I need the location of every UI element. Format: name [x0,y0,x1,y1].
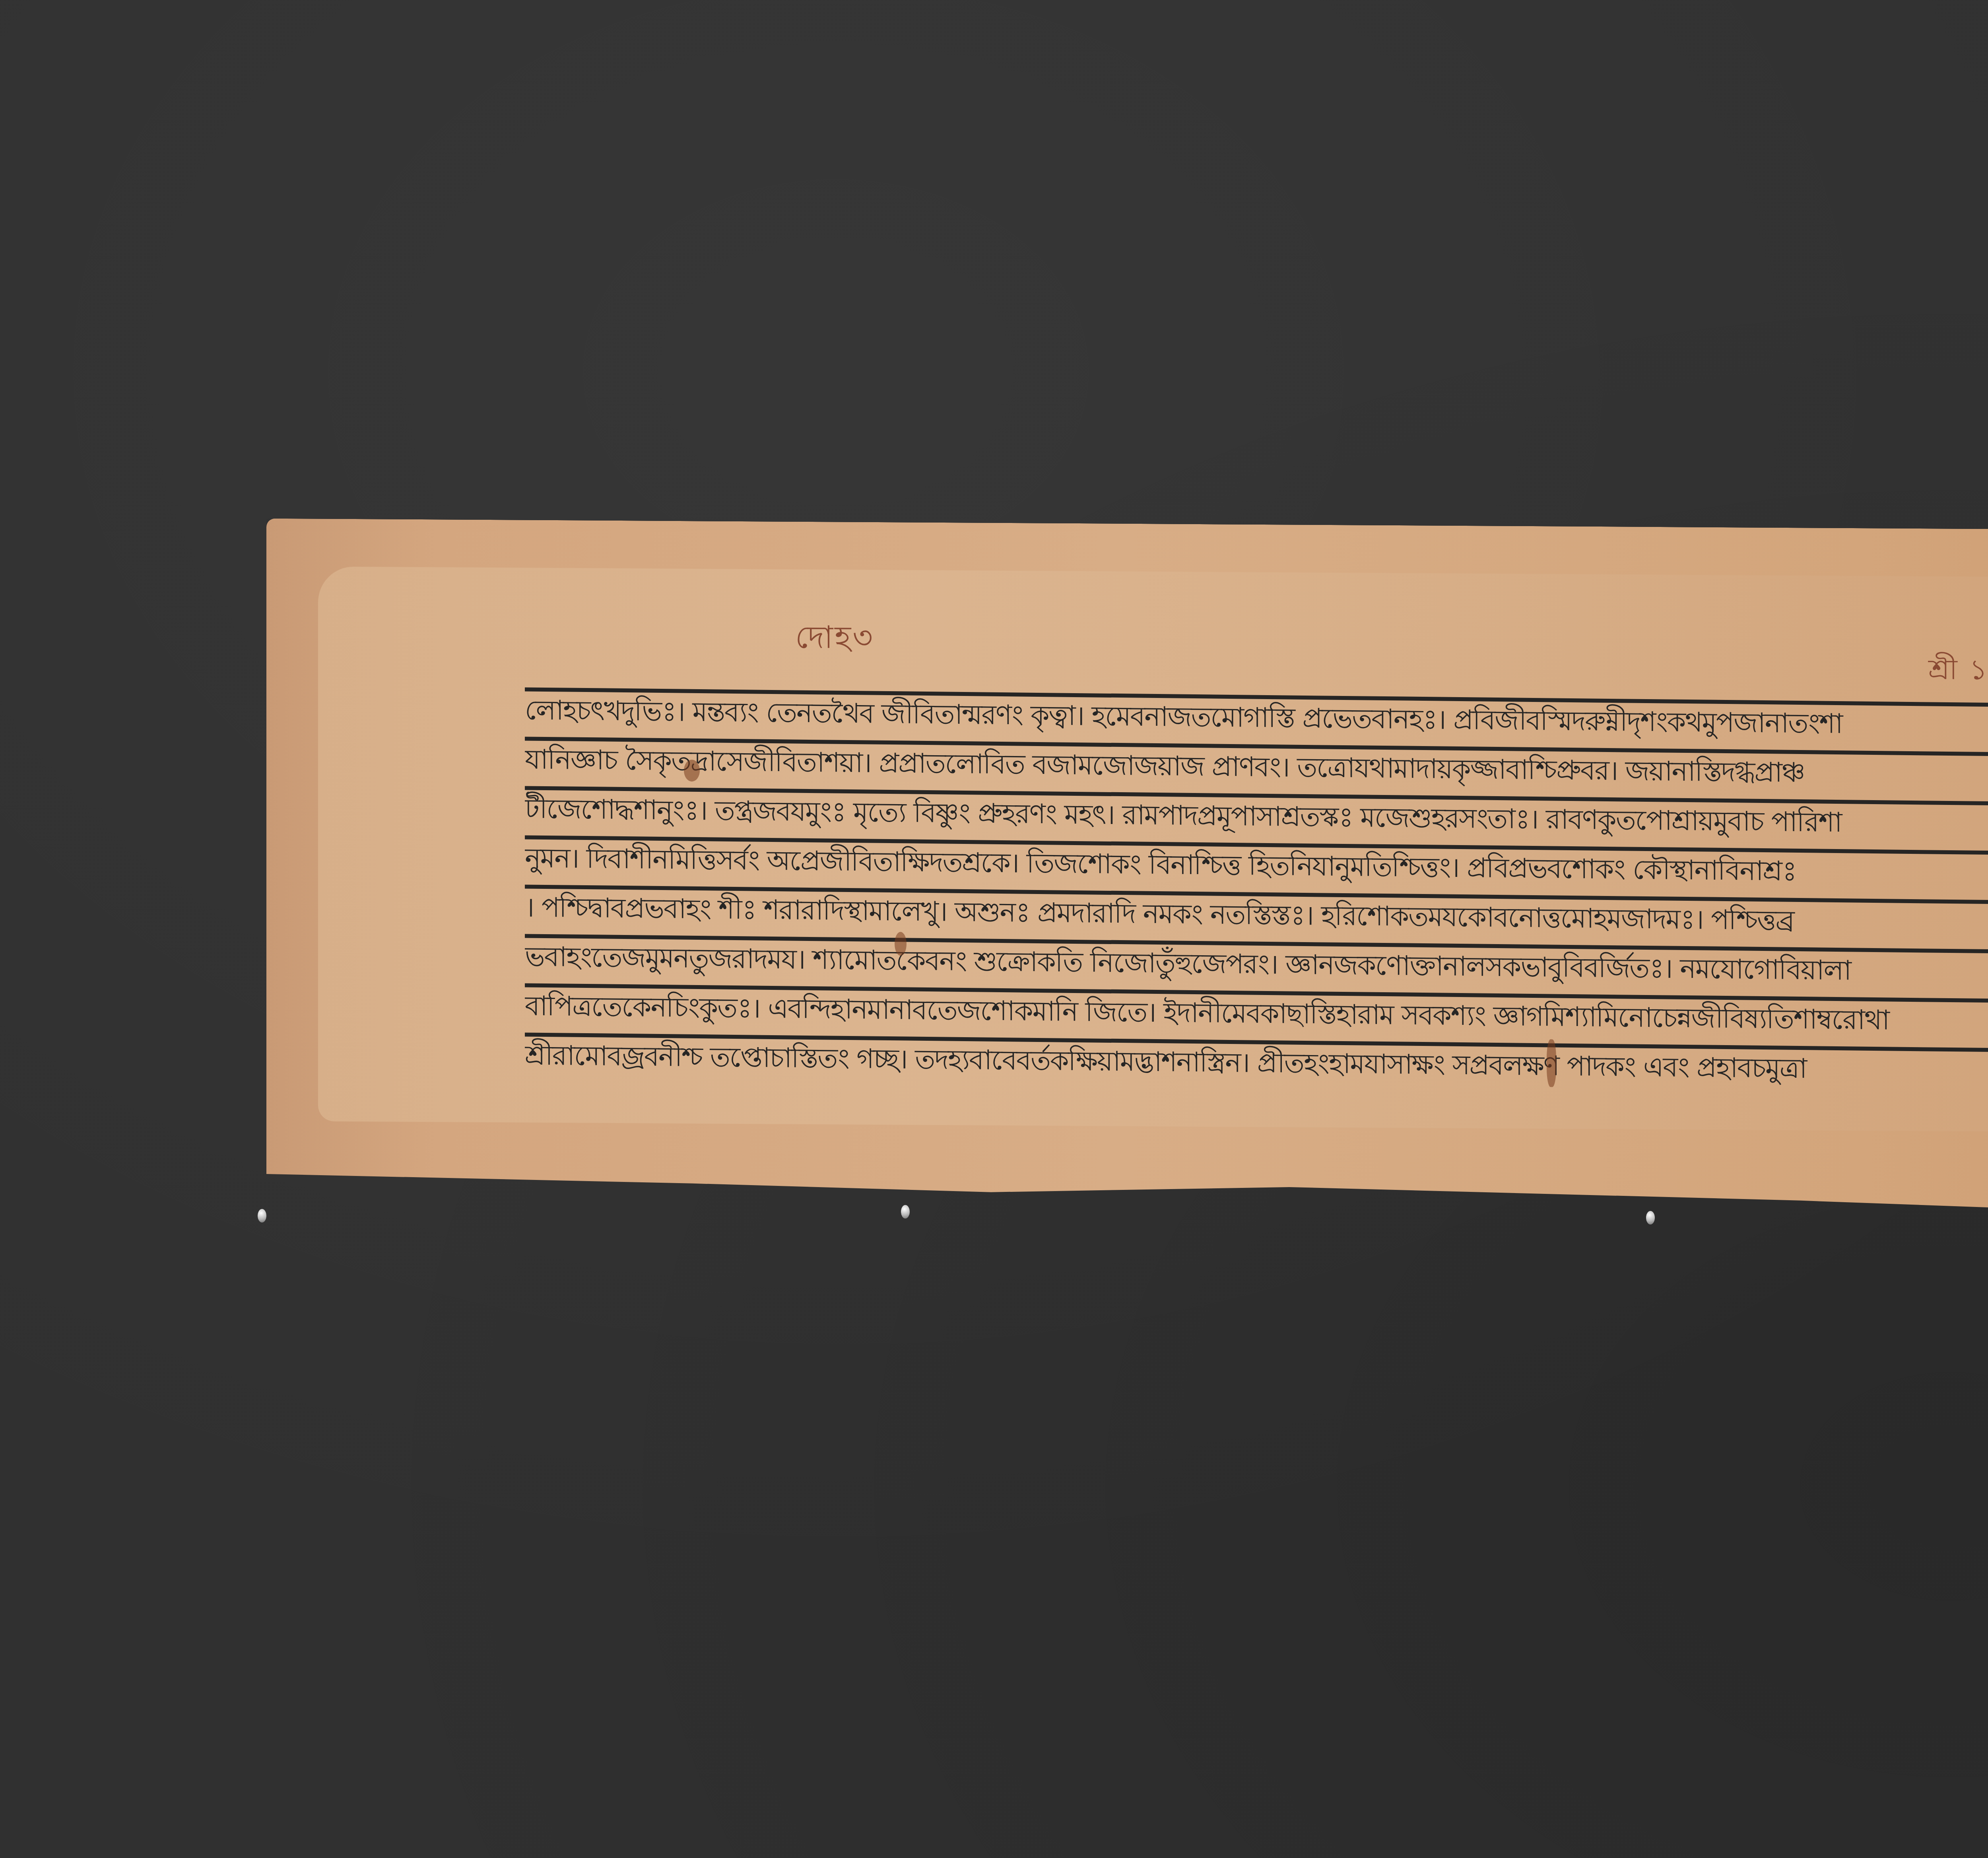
folio-number-left: দোহ৩ [795,613,874,665]
mounting-pin [1646,1211,1655,1224]
ink-stain [895,932,907,956]
folio-number-right: শ্রী ১৪ [1928,648,1988,695]
ink-stain [684,760,700,781]
mounting-pin [901,1205,910,1219]
mounting-pin [258,1209,266,1222]
manuscript-text-block: লোহচৎখদুভিঃ। মন্তব্যং তেনতথৈব জীবিতান্মর… [525,691,1988,1096]
ink-stain [1547,1039,1556,1087]
manuscript-leaf: দোহ৩ শ্রী ১৪ লোহচৎখদুভিঃ। মন্তব্যং তেনতথ… [266,519,1988,1222]
